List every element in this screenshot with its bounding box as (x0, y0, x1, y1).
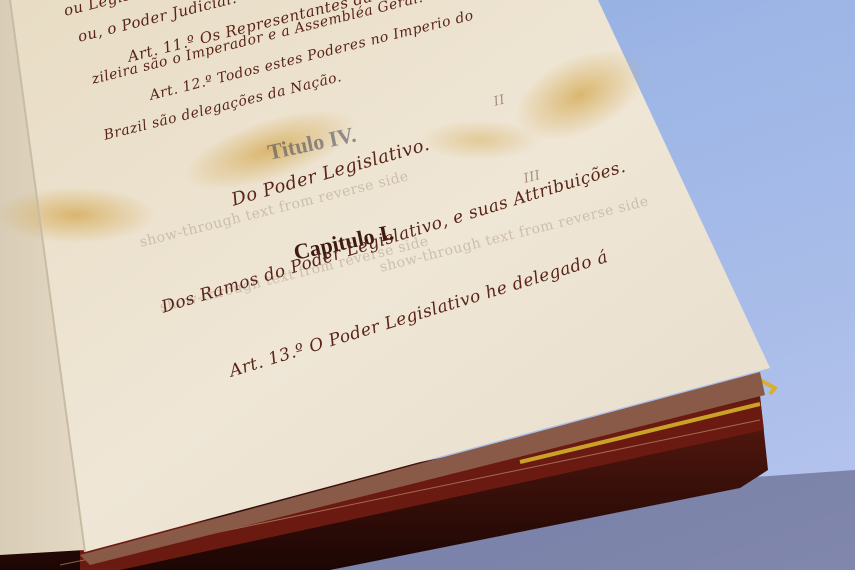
manuscript-photo: ou Legislativo ou, o Poder Judicial. Art… (0, 0, 855, 570)
book-illustration (0, 0, 855, 570)
